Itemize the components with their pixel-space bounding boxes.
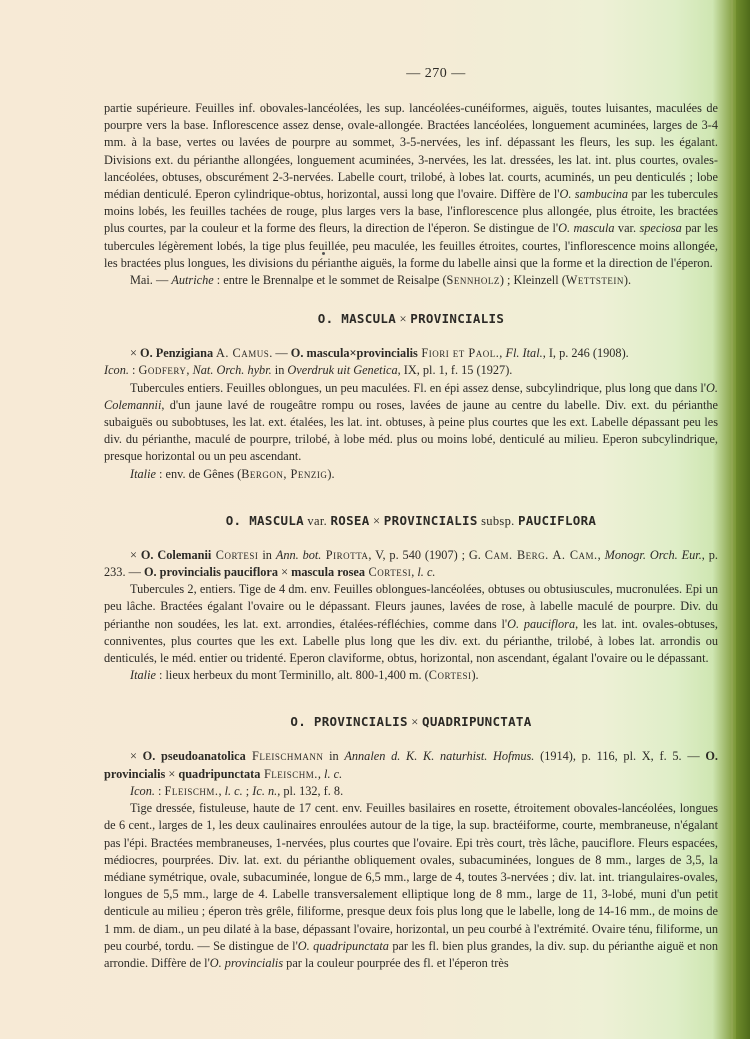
intro-paragraph: partie supérieure. Feuilles inf. obovale… <box>104 100 718 272</box>
locality: Italie : env. de Gênes (Bergon, Penzig). <box>104 466 718 483</box>
description: Tubercules entiers. Feuilles oblongues, … <box>104 380 718 466</box>
description: Tige dressée, fistuleuse, haute de 17 ce… <box>104 800 718 972</box>
section-heading-mascula-provincialis: O. MASCULA × PROVINCIALIS <box>104 311 718 327</box>
book-gutter <box>736 0 750 1039</box>
description: Tubercules 2, entiers. Tige de 4 dm. env… <box>104 581 718 667</box>
page-fold-line <box>731 0 733 1039</box>
synonymy: × O. Colemanii Cortesi in Ann. bot. Piro… <box>104 547 718 581</box>
book-page: — 270 — partie supérieure. Feuilles inf.… <box>104 66 718 972</box>
iconography: Icon. : Godfery, Nat. Orch. hybr. in Ove… <box>104 362 718 379</box>
page-number: — 270 — <box>154 66 718 82</box>
iconography: Icon. : Fleischm., l. c. ; Ic. n., pl. 1… <box>104 783 718 800</box>
synonymy: × O. Penzigiana A. Camus. — O. mascula×p… <box>104 345 718 362</box>
synonymy: × O. pseudoanatolica Fleischmann in Anna… <box>104 748 718 782</box>
intro-locality: Mai. — Autriche : entre le Brennalpe et … <box>104 272 718 289</box>
locality: Italie : lieux herbeux du mont Terminill… <box>104 667 718 684</box>
section-heading-mascula-rosea-provincialis-pauciflora: O. MASCULA var. ROSEA × PROVINCIALIS sub… <box>104 513 718 529</box>
section-heading-provincialis-quadripunctata: O. PROVINCIALIS × QUADRIPUNCTATA <box>104 714 718 730</box>
